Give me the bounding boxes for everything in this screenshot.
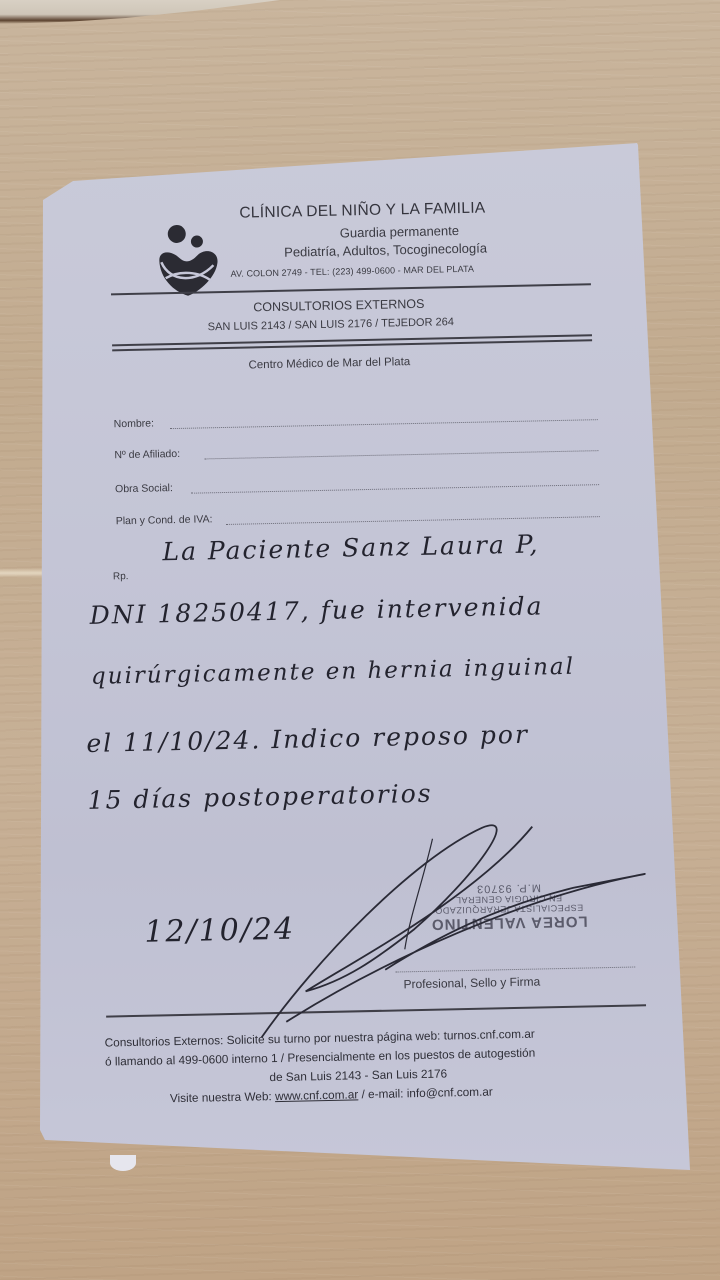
handwritten-line-3: quirúrgicamente en hernia inguinal	[91, 654, 576, 690]
field-afiliado-line[interactable]	[204, 450, 598, 459]
website-link[interactable]: www.cnf.com.ar	[275, 1087, 359, 1103]
footer-web-prefix: Visite nuestra Web:	[170, 1089, 275, 1105]
handwritten-line-4: el 11/10/24. Indico reposo por	[86, 720, 529, 758]
handwritten-date: 12/10/24	[144, 912, 295, 950]
footer-divider	[106, 1004, 646, 1017]
divider	[112, 339, 592, 351]
field-nombre-line[interactable]	[170, 419, 598, 429]
field-obra-social-label: Obra Social:	[115, 482, 173, 495]
family-heart-logo-icon	[155, 221, 223, 298]
prescription-label: Rp.	[113, 571, 129, 582]
table-wood-crack	[0, 0, 280, 24]
clinic-specialties: Pediatría, Adultos, Tocoginecología	[284, 240, 487, 259]
field-nombre-label: Nombre:	[114, 417, 155, 430]
field-plan-iva-line[interactable]	[226, 516, 600, 525]
section-title: CONSULTORIOS EXTERNOS	[253, 297, 424, 315]
footer-line-4: Visite nuestra Web: www.cnf.com.ar / e-m…	[170, 1085, 493, 1106]
handwritten-line-1: La Paciente Sanz Laura P,	[162, 529, 540, 566]
field-obra-social-line[interactable]	[191, 484, 599, 494]
footer-email: / e-mail: info@cnf.com.ar	[358, 1085, 493, 1102]
signature-label: Profesional, Sello y Firma	[403, 974, 540, 991]
handwritten-line-2: DNI 18250417, fue intervenida	[89, 591, 543, 629]
clinic-name: CLÍNICA DEL NIÑO Y LA FAMILIA	[239, 199, 486, 222]
paper-content: CLÍNICA DEL NIÑO Y LA FAMILIA Guardia pe…	[38, 133, 709, 1176]
field-plan-iva-label: Plan y Cond. de IVA:	[116, 513, 213, 527]
doctor-stamp: LOREA VALENTINO ESPECIALISTA JERARQUIZAD…	[393, 880, 624, 934]
field-afiliado-label: Nº de Afiliado:	[114, 448, 180, 461]
paper-torn-corner	[110, 1155, 136, 1171]
doctor-signature	[38, 133, 709, 1176]
signature-line[interactable]	[395, 966, 635, 972]
handwritten-line-5: 15 días postoperatorios	[87, 779, 433, 815]
section-locations: SAN LUIS 2143 / SAN LUIS 2176 / TEJEDOR …	[208, 316, 454, 333]
footer-line-2: ó llamando al 499-0600 interno 1 / Prese…	[105, 1046, 535, 1069]
center-name: Centro Médico de Mar del Plata	[248, 356, 410, 371]
footer-line-3: de San Luis 2143 - San Luis 2176	[269, 1066, 447, 1084]
clinic-address: AV. COLON 2749 - TEL: (223) 499-0600 - M…	[231, 264, 475, 279]
clinic-subtitle: Guardia permanente	[340, 223, 460, 240]
prescription-paper: CLÍNICA DEL NIÑO Y LA FAMILIA Guardia pe…	[40, 140, 690, 1170]
